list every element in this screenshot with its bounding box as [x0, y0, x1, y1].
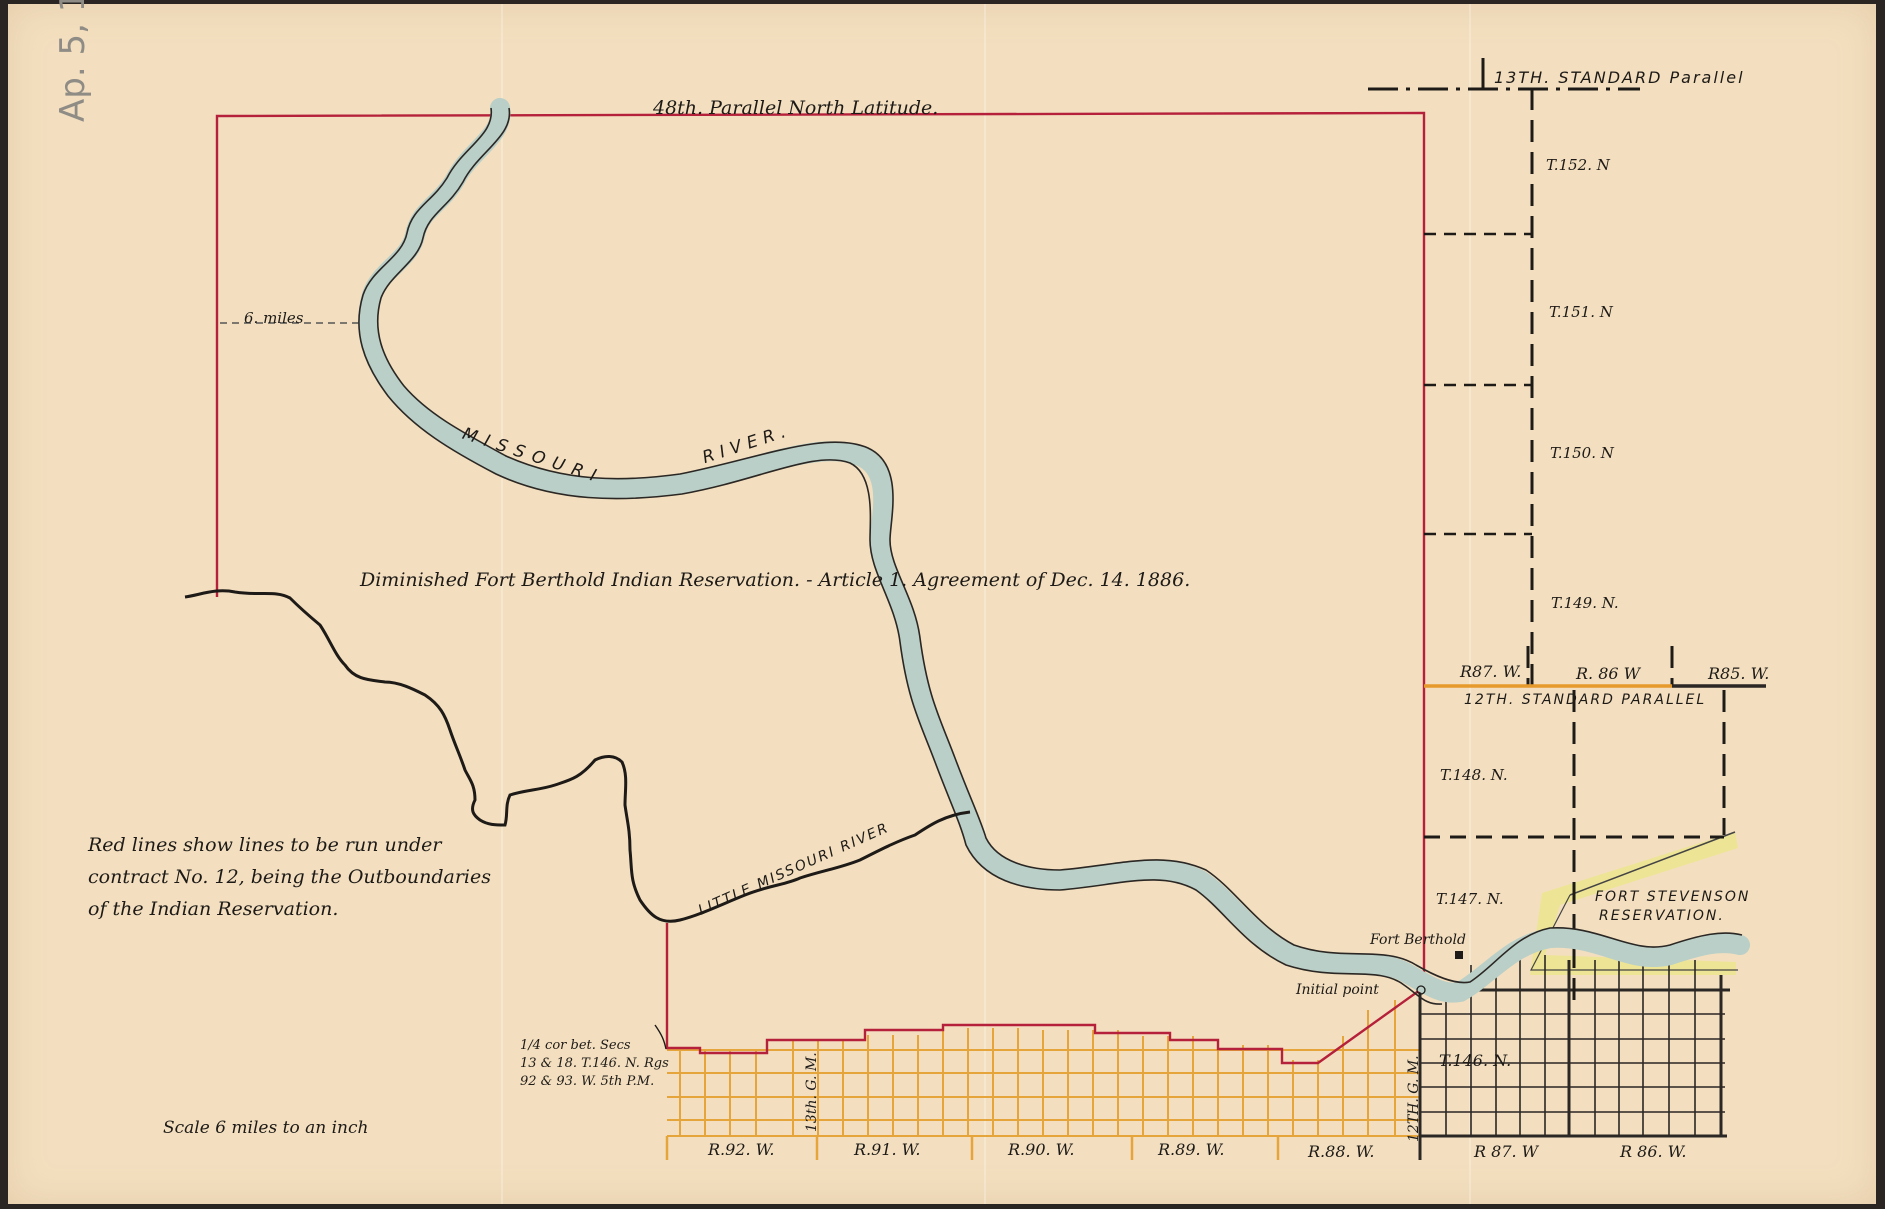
legend-line-2: contract No. 12, being the Outboundaries [88, 866, 491, 888]
fort-berthold-label: Fort Berthold [1370, 932, 1466, 948]
range-label-r89: R.89. W. [1158, 1140, 1224, 1159]
township-label-147: T.147. N. [1436, 890, 1504, 908]
thirteenth-parallel-label: 13TH. STANDARD Parallel [1494, 68, 1745, 87]
fort-stevenson-label-line1: FORT STEVENSON [1595, 889, 1750, 905]
scale-label: Scale 6 miles to an inch [163, 1118, 368, 1138]
range-label-r91: R.91. W. [854, 1140, 920, 1159]
range-label-r86-bottom: R 86. W. [1620, 1142, 1686, 1161]
township-label-148: T.148. N. [1440, 766, 1508, 784]
north-boundary-label: 48th. Parallel North Latitude. [653, 97, 938, 119]
corner-note-line2: 13 & 18. T.146. N. Rgs [520, 1056, 669, 1071]
initial-point-label: Initial point [1296, 982, 1379, 998]
range-label-r86-top: R. 86 W [1576, 664, 1640, 683]
township-label-149: T.149. N. [1551, 594, 1619, 612]
range-label-r87-bottom: R 87. W [1474, 1142, 1538, 1161]
guide-meridian-12-label: 12TH. G. M. [1406, 1055, 1422, 1142]
corner-note-line1: 1/4 cor bet. Secs [520, 1038, 631, 1053]
range-label-r87-top: R87. W. [1460, 662, 1521, 681]
township-label-150: T.150. N [1550, 444, 1614, 462]
map-title: Diminished Fort Berthold Indian Reservat… [360, 569, 1190, 591]
corner-note-line3: 92 & 93. W. 5th P.M. [520, 1074, 654, 1089]
twelfth-parallel-label: 12TH. STANDARD PARALLEL [1464, 692, 1706, 708]
fort-berthold-marker [1455, 951, 1463, 959]
range-label-r92: R.92. W. [708, 1140, 774, 1159]
township-label-151: T.151. N [1549, 303, 1613, 321]
township-label-152: T.152. N [1546, 156, 1610, 174]
range-label-r85-top: R85. W. [1708, 664, 1769, 683]
corner-pointer [655, 1025, 666, 1049]
range-label-r90: R.90. W. [1008, 1140, 1074, 1159]
legend-line-1: Red lines show lines to be run under [88, 834, 441, 856]
legend-line-3: of the Indian Reservation. [88, 898, 338, 920]
guide-meridian-13-label: 13th. G. M. [804, 1052, 820, 1132]
fort-stevenson-label-line2: RESERVATION. [1599, 908, 1725, 924]
map-sheet: Ap. 5, 1892 48th. Parallel North Latitud… [8, 4, 1876, 1204]
archive-date-note: Ap. 5, 1892 [53, 0, 93, 122]
six-miles-label: 6. miles [244, 309, 303, 327]
range-label-r88: R.88. W. [1308, 1142, 1374, 1161]
missouri-river [359, 108, 1742, 1004]
township-label-146: T.146. N. [1439, 1051, 1511, 1070]
